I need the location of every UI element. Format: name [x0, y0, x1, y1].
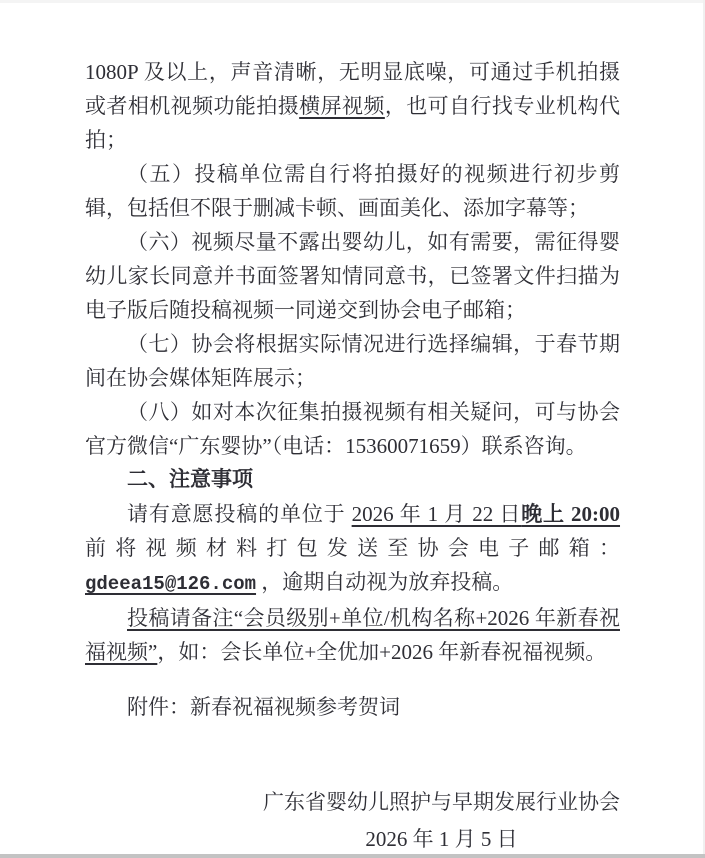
list-item-7: （七）协会将根据实际情况进行选择编辑，于春节期间在协会媒体矩阵展示；: [85, 327, 620, 395]
list-item-5: （五）投稿单位需自行将拍摄好的视频进行初步剪辑，包括但不限于删减卡顿、画面美化、…: [85, 157, 620, 225]
paragraph-remark: 投稿请备注“会员级别+单位/机构名称+2026 年新春祝福视频”，如：会长单位+…: [85, 601, 620, 669]
paragraph-video-spec: 1080P 及以上，声音清晰，无明显底噪，可通过手机拍摄或者相机视频功能拍摄横屏…: [85, 55, 620, 157]
document-date: 2026 年 1 月 5 日: [263, 821, 620, 858]
document-body: 1080P 及以上，声音清晰，无明显底噪，可通过手机拍摄或者相机视频功能拍摄横屏…: [85, 55, 620, 858]
attachment-line: 附件：新春祝福视频参考贺词: [85, 690, 620, 724]
email-address-text: gdeea15@126.com: [85, 573, 256, 595]
list-item-8: （八）如对本次征集拍摄视频有相关疑问，可与协会官方微信“广东婴协”（电话：153…: [85, 395, 620, 463]
list-item-6: （六）视频尽量不露出婴幼儿，如有需要，需征得婴幼儿家长同意并书面签署知情同意书，…: [85, 225, 620, 327]
page-top-edge: [0, 0, 705, 3]
section-heading-notes: 二、注意事项: [85, 463, 620, 497]
text-run-deadline-post: ，逾期自动视为放弃投稿。: [256, 570, 513, 594]
signature-inner: 广东省婴幼儿照护与早期发展行业协会 2026 年 1 月 5 日: [263, 784, 620, 858]
text-run-deadline-pre: 请有意愿投稿的单位于: [127, 502, 352, 526]
organization-name: 广东省婴幼儿照护与早期发展行业协会: [263, 784, 620, 821]
deadline-date-text: 2026 年 1 月 22 日: [352, 502, 522, 526]
deadline-time-text: 晚上 20:00: [521, 502, 620, 526]
paragraph-deadline: 请有意愿投稿的单位于 2026 年 1 月 22 日晚上 20:00 前将视频材…: [85, 497, 620, 601]
underlined-text-landscape-video: 横屏视频: [299, 94, 385, 118]
signature-block: 广东省婴幼儿照护与早期发展行业协会 2026 年 1 月 5 日: [85, 784, 620, 858]
text-run-deadline-mid: 前将视频材料打包发送至协会电子邮箱：: [85, 536, 620, 560]
document-page: 1080P 及以上，声音清晰，无明显底噪，可通过手机拍摄或者相机视频功能拍摄横屏…: [0, 0, 705, 858]
text-run-remark-rest: ，如：会长单位+全优加+2026 年新春祝福视频。: [157, 640, 606, 664]
